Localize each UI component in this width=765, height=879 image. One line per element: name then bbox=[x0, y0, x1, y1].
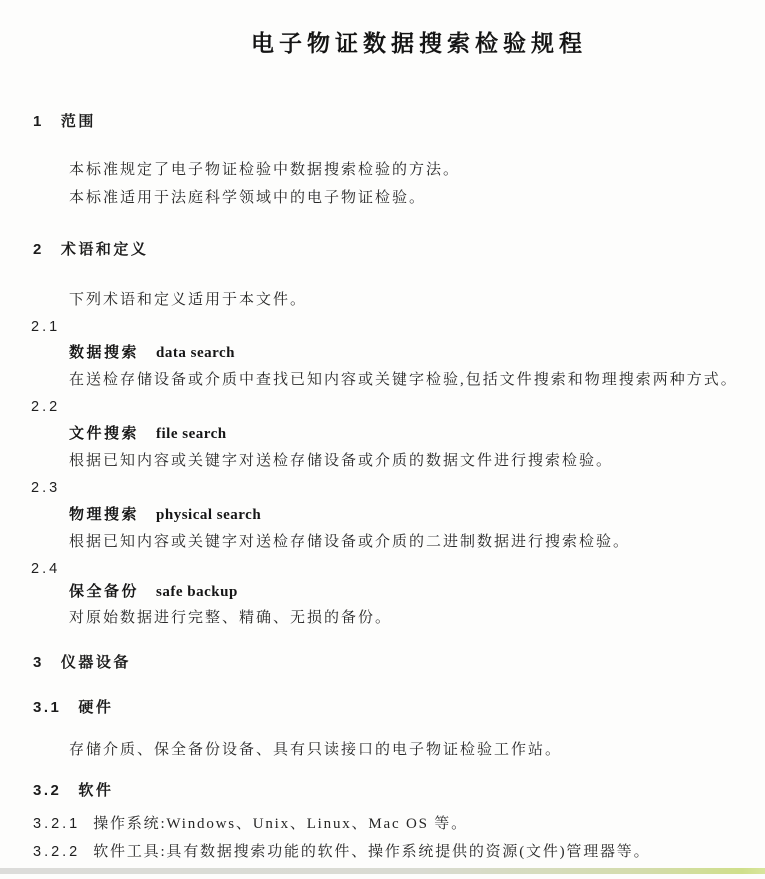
term-2-3-name-zh: 物理搜索 bbox=[69, 506, 139, 523]
term-2-2-definition: 根据已知内容或关键字对送检存储设备或介质的数据文件进行搜索检验。 bbox=[69, 451, 613, 471]
section-1-paragraph-1: 本标准规定了电子物证检验中数据搜索检验的方法。 bbox=[69, 160, 460, 180]
term-2-1-definition: 在送检存储设备或介质中查找已知内容或关键字检验,包括文件搜索和物理搜索两种方式。 bbox=[69, 370, 738, 390]
term-2-2-heading: 文件搜索file search bbox=[69, 424, 227, 444]
section-3-2-2-number: 3.2.2 bbox=[33, 844, 80, 860]
section-2-intro: 下列术语和定义适用于本文件。 bbox=[69, 290, 307, 310]
term-2-1-number: 2.1 bbox=[31, 317, 60, 337]
section-3-2-heading: 3.2软件 bbox=[33, 781, 113, 801]
term-2-2-name-en: file search bbox=[156, 426, 227, 442]
term-2-1-name-en: data search bbox=[156, 345, 235, 361]
section-1-title: 范围 bbox=[61, 113, 96, 130]
section-3-1-title: 硬件 bbox=[78, 699, 113, 716]
section-2-heading: 2术语和定义 bbox=[33, 240, 148, 260]
term-2-3-name-en: physical search bbox=[156, 507, 261, 523]
section-3-2-title: 软件 bbox=[78, 782, 113, 799]
term-2-4-definition: 对原始数据进行完整、精确、无损的备份。 bbox=[69, 608, 392, 628]
section-3-1-heading: 3.1硬件 bbox=[33, 698, 113, 718]
term-2-1-name-zh: 数据搜索 bbox=[69, 344, 139, 361]
section-3-2-1-number: 3.2.1 bbox=[33, 816, 80, 832]
section-3-1-paragraph: 存储介质、保全备份设备、具有只读接口的电子物证检验工作站。 bbox=[69, 740, 562, 760]
section-3-2-2-item: 3.2.2软件工具:具有数据搜索功能的软件、操作系统提供的资源(文件)管理器等。 bbox=[33, 842, 650, 862]
document-page: 电子物证数据搜索检验规程 1范围 本标准规定了电子物证检验中数据搜索检验的方法。… bbox=[0, 0, 765, 879]
term-2-2-number: 2.2 bbox=[31, 397, 60, 417]
section-3-2-number: 3.2 bbox=[33, 782, 61, 799]
term-2-4-name-en: safe backup bbox=[156, 584, 238, 600]
section-1-number: 1 bbox=[33, 113, 44, 130]
section-3-1-number: 3.1 bbox=[33, 699, 61, 716]
section-3-number: 3 bbox=[33, 654, 44, 671]
term-2-4-name-zh: 保全备份 bbox=[69, 583, 139, 600]
term-2-4-number: 2.4 bbox=[31, 559, 60, 579]
term-2-3-definition: 根据已知内容或关键字对送检存储设备或介质的二进制数据进行搜索检验。 bbox=[69, 532, 630, 552]
section-3-2-1-text: 操作系统:Windows、Unix、Linux、Mac OS 等。 bbox=[93, 816, 468, 832]
section-2-number: 2 bbox=[33, 241, 44, 258]
term-2-1-heading: 数据搜索data search bbox=[69, 343, 235, 363]
term-2-3-heading: 物理搜索physical search bbox=[69, 505, 261, 525]
term-2-3-number: 2.3 bbox=[31, 478, 60, 498]
section-2-title: 术语和定义 bbox=[61, 241, 149, 258]
section-1-paragraph-2: 本标准适用于法庭科学领域中的电子物证检验。 bbox=[69, 188, 426, 208]
document-title: 电子物证数据搜索检验规程 bbox=[251, 25, 587, 58]
section-1-heading: 1范围 bbox=[33, 112, 96, 132]
section-3-2-1-item: 3.2.1操作系统:Windows、Unix、Linux、Mac OS 等。 bbox=[33, 814, 468, 834]
section-3-title: 仪器设备 bbox=[61, 654, 131, 671]
term-2-2-name-zh: 文件搜索 bbox=[69, 425, 139, 442]
section-3-heading: 3仪器设备 bbox=[33, 653, 131, 673]
term-2-4-heading: 保全备份safe backup bbox=[69, 582, 238, 602]
page-bottom-scan-edge bbox=[0, 868, 765, 874]
section-3-2-2-text: 软件工具:具有数据搜索功能的软件、操作系统提供的资源(文件)管理器等。 bbox=[93, 844, 650, 860]
